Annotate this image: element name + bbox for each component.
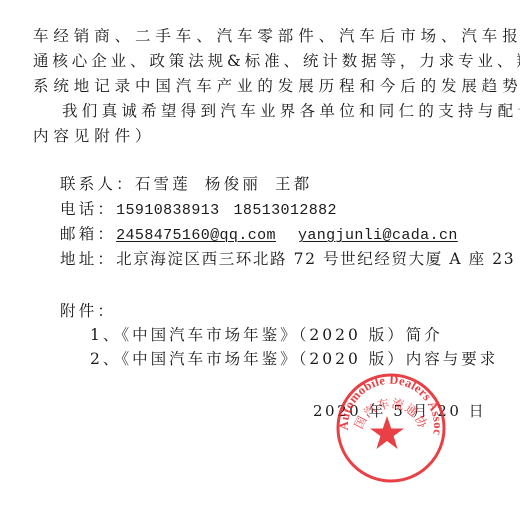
contact-people-line: 联系人：石雪莲杨俊丽王都 [60,175,312,193]
body-line-1: 车经销商、二手车、汽车零部件、汽车后市场、汽车报废、汽车流 [33,27,520,45]
document-date: 2020 年 5 月 20 日 [313,402,486,420]
body-line-2: 通核心企业、政策法规&标准、统计数据等，力求专业、翔实、全面、 [33,52,520,70]
document-page: 车经销商、二手车、汽车零部件、汽车后市场、汽车报废、汽车流 通核心企业、政策法规… [0,0,520,512]
contact-phone-label: 电话： [60,200,116,218]
attachment-item-1: 1、《中国汽车市场年鉴》（2020 版）简介 [90,326,443,344]
contact-phone: 15910838913 [116,202,219,219]
body-line-4: 我们真诚希望得到汽车业界各单位和同仁的支持与配合！（编撰 [62,102,520,120]
contact-address-line: 地址：北京海淀区西三环北路 72 号世纪经贸大厦 A 座 23 层 [60,250,520,268]
contact-email-label: 邮箱： [60,225,116,243]
contact-address: 北京海淀区西三环北路 72 号世纪经贸大厦 A 座 23 层 [116,250,520,268]
contact-people-label: 联系人： [60,175,135,193]
email-link[interactable]: yangjunli@cada.cn [298,227,458,244]
contact-email-line: 邮箱：2458475160@qq.comyangjunli@cada.cn [60,225,458,245]
body-line-3: 系统地记录中国汽车产业的发展历程和今后的发展趋势。 [33,77,520,95]
contact-phone-line: 电话：1591083891318513012882 [60,200,337,220]
contact-person: 石雪莲 [135,175,191,193]
body-line-5: 内容见附件） [33,127,155,145]
email-link[interactable]: 2458475160@qq.com [116,227,276,244]
attachment-item-2: 2、《中国汽车市场年鉴》（2020 版）内容与要求 [90,350,498,368]
contact-address-label: 地址： [60,250,116,268]
contact-phone: 18513012882 [234,202,337,219]
stamp-star-icon [370,416,404,449]
official-seal-icon: China Automobile Dealers Association 中国汽… [335,372,447,484]
contact-person: 杨俊丽 [205,175,261,193]
contact-person: 王都 [275,175,312,193]
attachments-label: 附件： [60,302,116,320]
